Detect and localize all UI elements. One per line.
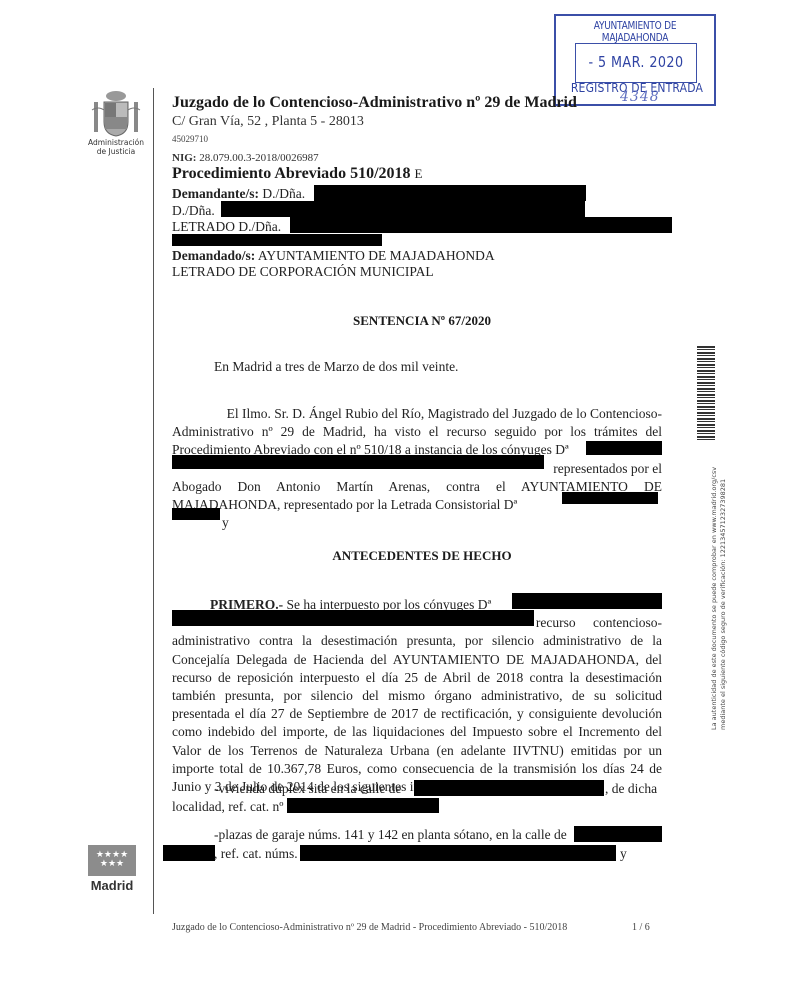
nig-label: NIG: bbox=[172, 152, 196, 164]
redaction bbox=[512, 593, 662, 609]
redaction bbox=[300, 845, 616, 861]
item-1-line-1-end: , de dicha bbox=[605, 781, 657, 797]
court-address: C/ Gran Vía, 52 , Planta 5 - 28013 bbox=[172, 114, 364, 130]
verification-line: mediante el siguiente código seguro de v… bbox=[719, 460, 728, 730]
plaintiff-line: Demandante/s: D./Dña. bbox=[172, 186, 305, 202]
redaction bbox=[172, 455, 544, 469]
item-1-line-1: -vivienda dúplex sita en la calle de bbox=[214, 781, 401, 797]
redaction bbox=[290, 217, 672, 233]
sentence-title: SENTENCIA Nº 67/2020 bbox=[172, 313, 672, 329]
margin-divider bbox=[153, 88, 154, 914]
madrid-logo-label: Madrid bbox=[86, 878, 138, 893]
stamp-register-number: 4348 bbox=[620, 89, 660, 105]
item-2-line-2-end: y bbox=[620, 846, 627, 862]
redaction bbox=[314, 185, 586, 201]
redaction bbox=[287, 798, 439, 813]
redaction bbox=[586, 441, 662, 455]
redaction bbox=[574, 826, 662, 842]
madrid-stars-icon: ★★★★ ★★★ bbox=[88, 845, 136, 876]
redaction bbox=[562, 492, 658, 504]
stamp-title: AYUNTAMIENTO DE MAJADAHONDA bbox=[567, 20, 703, 44]
item-2-line-1: -plazas de garaje núms. 141 y 142 en pla… bbox=[214, 827, 567, 843]
court-code: 45029710 bbox=[172, 134, 208, 144]
defendant-line: Demandado/s: AYUNTAMIENTO DE MAJADAHONDA bbox=[172, 248, 495, 264]
plaintiff2-line: D./Dña. bbox=[172, 203, 215, 219]
verification-note: La autenticidad de este documento se pue… bbox=[710, 460, 728, 730]
page-footer: Juzgado de lo Contencioso-Administrativo… bbox=[172, 922, 567, 933]
redaction bbox=[163, 845, 215, 861]
procedure-title: Procedimiento Abreviado 510/2018 E bbox=[172, 165, 422, 183]
administracion-justicia-label: Administración de Justicia bbox=[84, 138, 148, 156]
redaction bbox=[172, 234, 382, 246]
redaction bbox=[221, 201, 585, 217]
intro-line: Administrativo nº 29 de Madrid, ha visto… bbox=[172, 423, 662, 441]
registry-stamp: AYUNTAMIENTO DE MAJADAHONDA - 5 MAR. 202… bbox=[554, 14, 716, 106]
item-2-line-2: , ref. cat. núms. bbox=[214, 846, 298, 862]
redaction bbox=[172, 508, 220, 520]
stamp-date: - 5 MAR. 2020 bbox=[585, 53, 687, 71]
date-line: En Madrid a tres de Marzo de dos mil vei… bbox=[214, 358, 704, 376]
nig-value: 28.079.00.3-2018/0026987 bbox=[199, 152, 318, 164]
defendant-label: Demandado/s: bbox=[172, 248, 255, 263]
plaintiff-label: Demandante/s: bbox=[172, 186, 259, 201]
redaction bbox=[172, 610, 534, 626]
court-name: Juzgado de lo Contencioso-Administrativo… bbox=[172, 94, 577, 112]
defendant-value: AYUNTAMIENTO DE MAJADAHONDA bbox=[258, 248, 495, 263]
barcode bbox=[697, 346, 715, 442]
primero-text: administrativo contra la desestimación p… bbox=[172, 632, 662, 796]
item-1-line-2: localidad, ref. cat. nº bbox=[172, 799, 283, 815]
lawyer-line: LETRADO D./Dña. bbox=[172, 219, 281, 235]
plaintiff-prefix: D./Dña. bbox=[262, 186, 305, 201]
nig-line: NIG: 28.079.00.3-2018/0026987 bbox=[172, 152, 319, 164]
redaction bbox=[414, 780, 604, 796]
procedure-suffix: E bbox=[415, 166, 423, 181]
stamp-date-box: - 5 MAR. 2020 bbox=[575, 43, 697, 83]
intro-line: El Ilmo. Sr. D. Ángel Rubio del Río, Mag… bbox=[172, 405, 662, 423]
section-title: ANTECEDENTES DE HECHO bbox=[172, 548, 672, 564]
page-number: 1 / 6 bbox=[632, 922, 650, 933]
intro-line: y bbox=[172, 514, 662, 532]
spain-coat-of-arms-icon bbox=[90, 88, 142, 138]
primero-paragraph: PRIMERO.- Se ha interpuesto por los cóny… bbox=[172, 596, 662, 796]
verification-line: La autenticidad de este documento se pue… bbox=[710, 460, 719, 730]
procedure-number: Procedimiento Abreviado 510/2018 bbox=[172, 165, 411, 182]
defendant-lawyer: LETRADO DE CORPORACIÓN MUNICIPAL bbox=[172, 264, 434, 280]
